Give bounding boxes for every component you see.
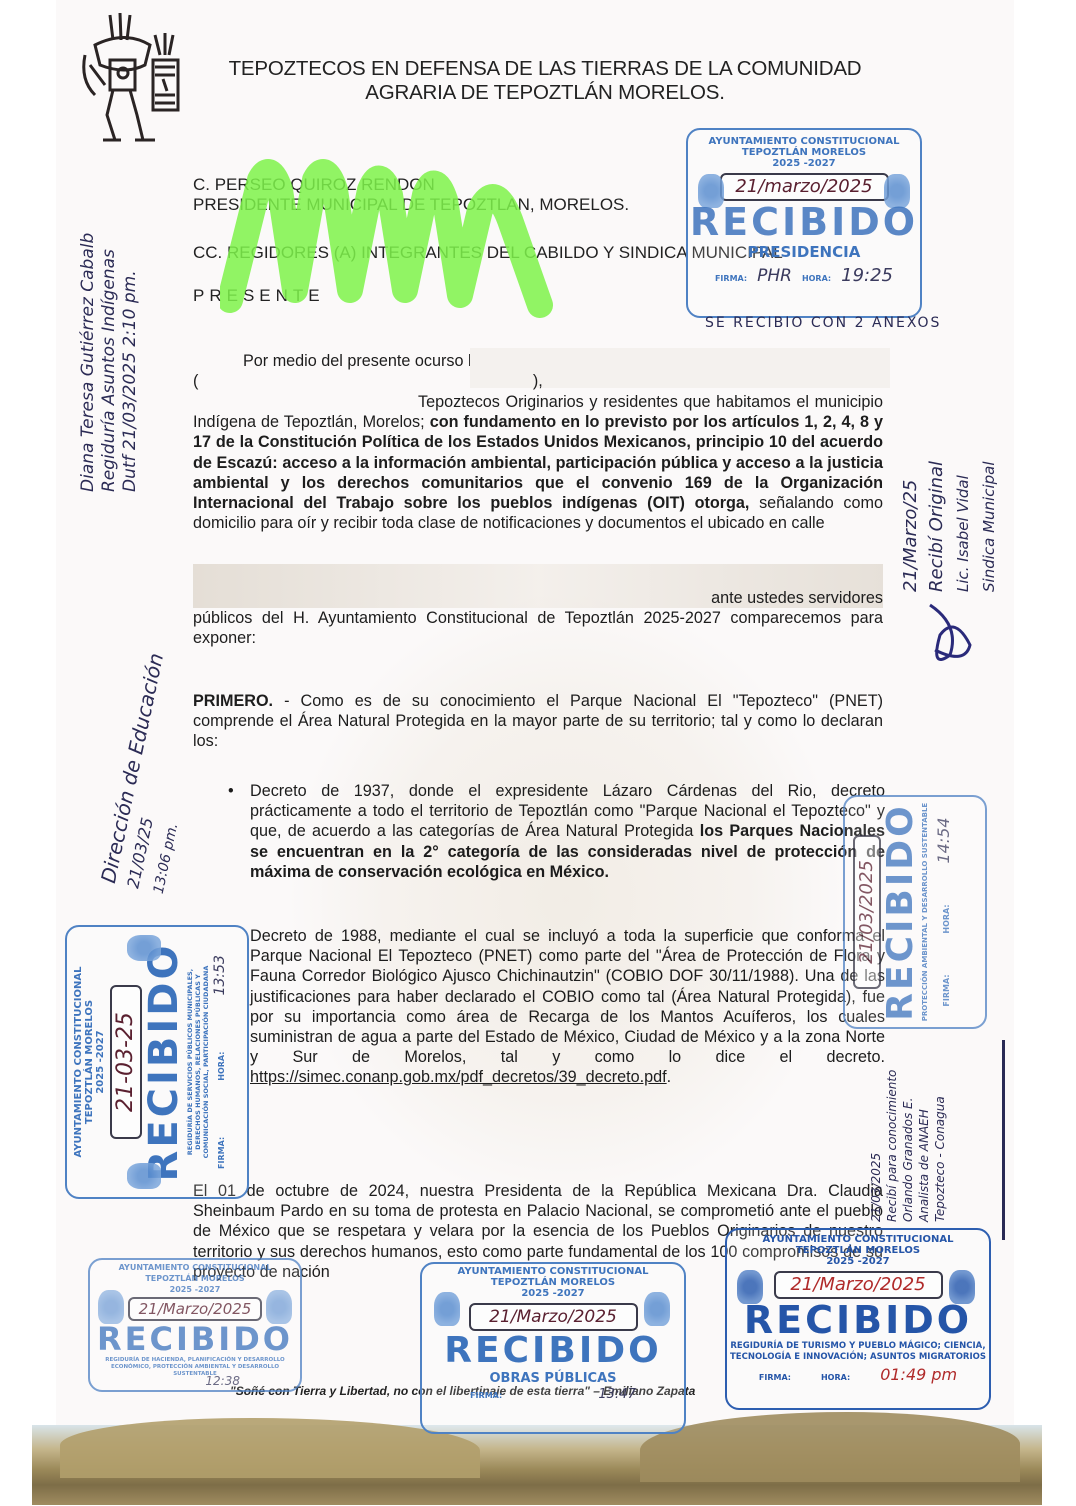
bullet-icon: • xyxy=(228,781,234,801)
stamp-date: 21/marzo/2025 xyxy=(720,173,889,201)
decree-1988-item: Decreto de 1988, mediante el cual se inc… xyxy=(250,926,885,1088)
signature-line xyxy=(1002,1040,1005,1240)
stamp-obras-publicas: AYUNTAMIENTO CONSTITUCIONAL TEPOZTLÁN MO… xyxy=(420,1262,686,1434)
emblem-icon xyxy=(949,1270,975,1304)
emblem-icon xyxy=(266,1290,292,1324)
title-line-2: AGRARIA DE TEPOZTLÁN MORELOS. xyxy=(190,81,900,105)
stamp-servicios-publicos: AYUNTAMIENTO CONSTITUCIONAL TEPOZTLÁN MO… xyxy=(65,925,249,1199)
handwritten-receipt-sindica: 21/Marzo/25 Recibí Original Lic. Isabel … xyxy=(898,461,1002,592)
emblem-icon xyxy=(127,935,161,961)
stamp-proteccion-ambiental: 21/03/2025 RECIBIDO PROTECCIÓN AMBIENTAL… xyxy=(843,795,987,1029)
title-line-1: TEPOZTECOS EN DEFENSA DE LAS TIERRAS DE … xyxy=(190,57,900,81)
emblem-icon xyxy=(98,1290,124,1324)
emblem-icon xyxy=(737,1270,763,1304)
letterhead-title: TEPOZTECOS EN DEFENSA DE LAS TIERRAS DE … xyxy=(190,57,900,105)
stamp-presidencia: AYUNTAMIENTO CONSTITUCIONAL TEPOZTLÁN MO… xyxy=(686,128,922,318)
background-watermark xyxy=(286,590,846,1210)
annex-note: SE RECIBIO CON 2 ANEXOS xyxy=(705,315,941,331)
handwritten-receipt-asuntos-indigenas: Diana Teresa Gutiérrez Cabalb Regiduría … xyxy=(78,233,141,492)
primero-paragraph: PRIMERO. - Como es de su conocimiento el… xyxy=(193,691,883,752)
emblem-icon xyxy=(644,1292,670,1326)
highlighter-scribble xyxy=(220,150,560,320)
handwritten-receipt-conagua: 21/03/2025 Recibí para conocimiento Orla… xyxy=(868,1070,948,1222)
intro-line-ante: ante ustedes servidores xyxy=(193,588,883,608)
intro-paragraph: Tepoztecos Originarios y residentes que … xyxy=(193,392,883,533)
decree-1937-item: • Decreto de 1937, donde el expresidente… xyxy=(250,781,885,882)
stamp-hacienda: AYUNTAMIENTO CONSTITUCIONAL TEPOZTLÁN MO… xyxy=(88,1258,302,1392)
intro-line-2: ( ), xyxy=(193,371,573,391)
stamp-turismo: AYUNTAMIENTO CONSTITUCIONAL TEPOZTLÁN MO… xyxy=(725,1228,991,1410)
emblem-icon xyxy=(434,1292,460,1326)
decree-pdf-link[interactable]: https://simec.conanp.gob.mx/pdf_decretos… xyxy=(250,1068,667,1086)
aztec-deity-glyph-icon xyxy=(65,5,185,155)
intro-paragraph-2: públicos del H. Ayuntamiento Constitucio… xyxy=(193,608,883,648)
emblem-icon xyxy=(127,1163,161,1189)
signature-sindica xyxy=(920,595,980,675)
